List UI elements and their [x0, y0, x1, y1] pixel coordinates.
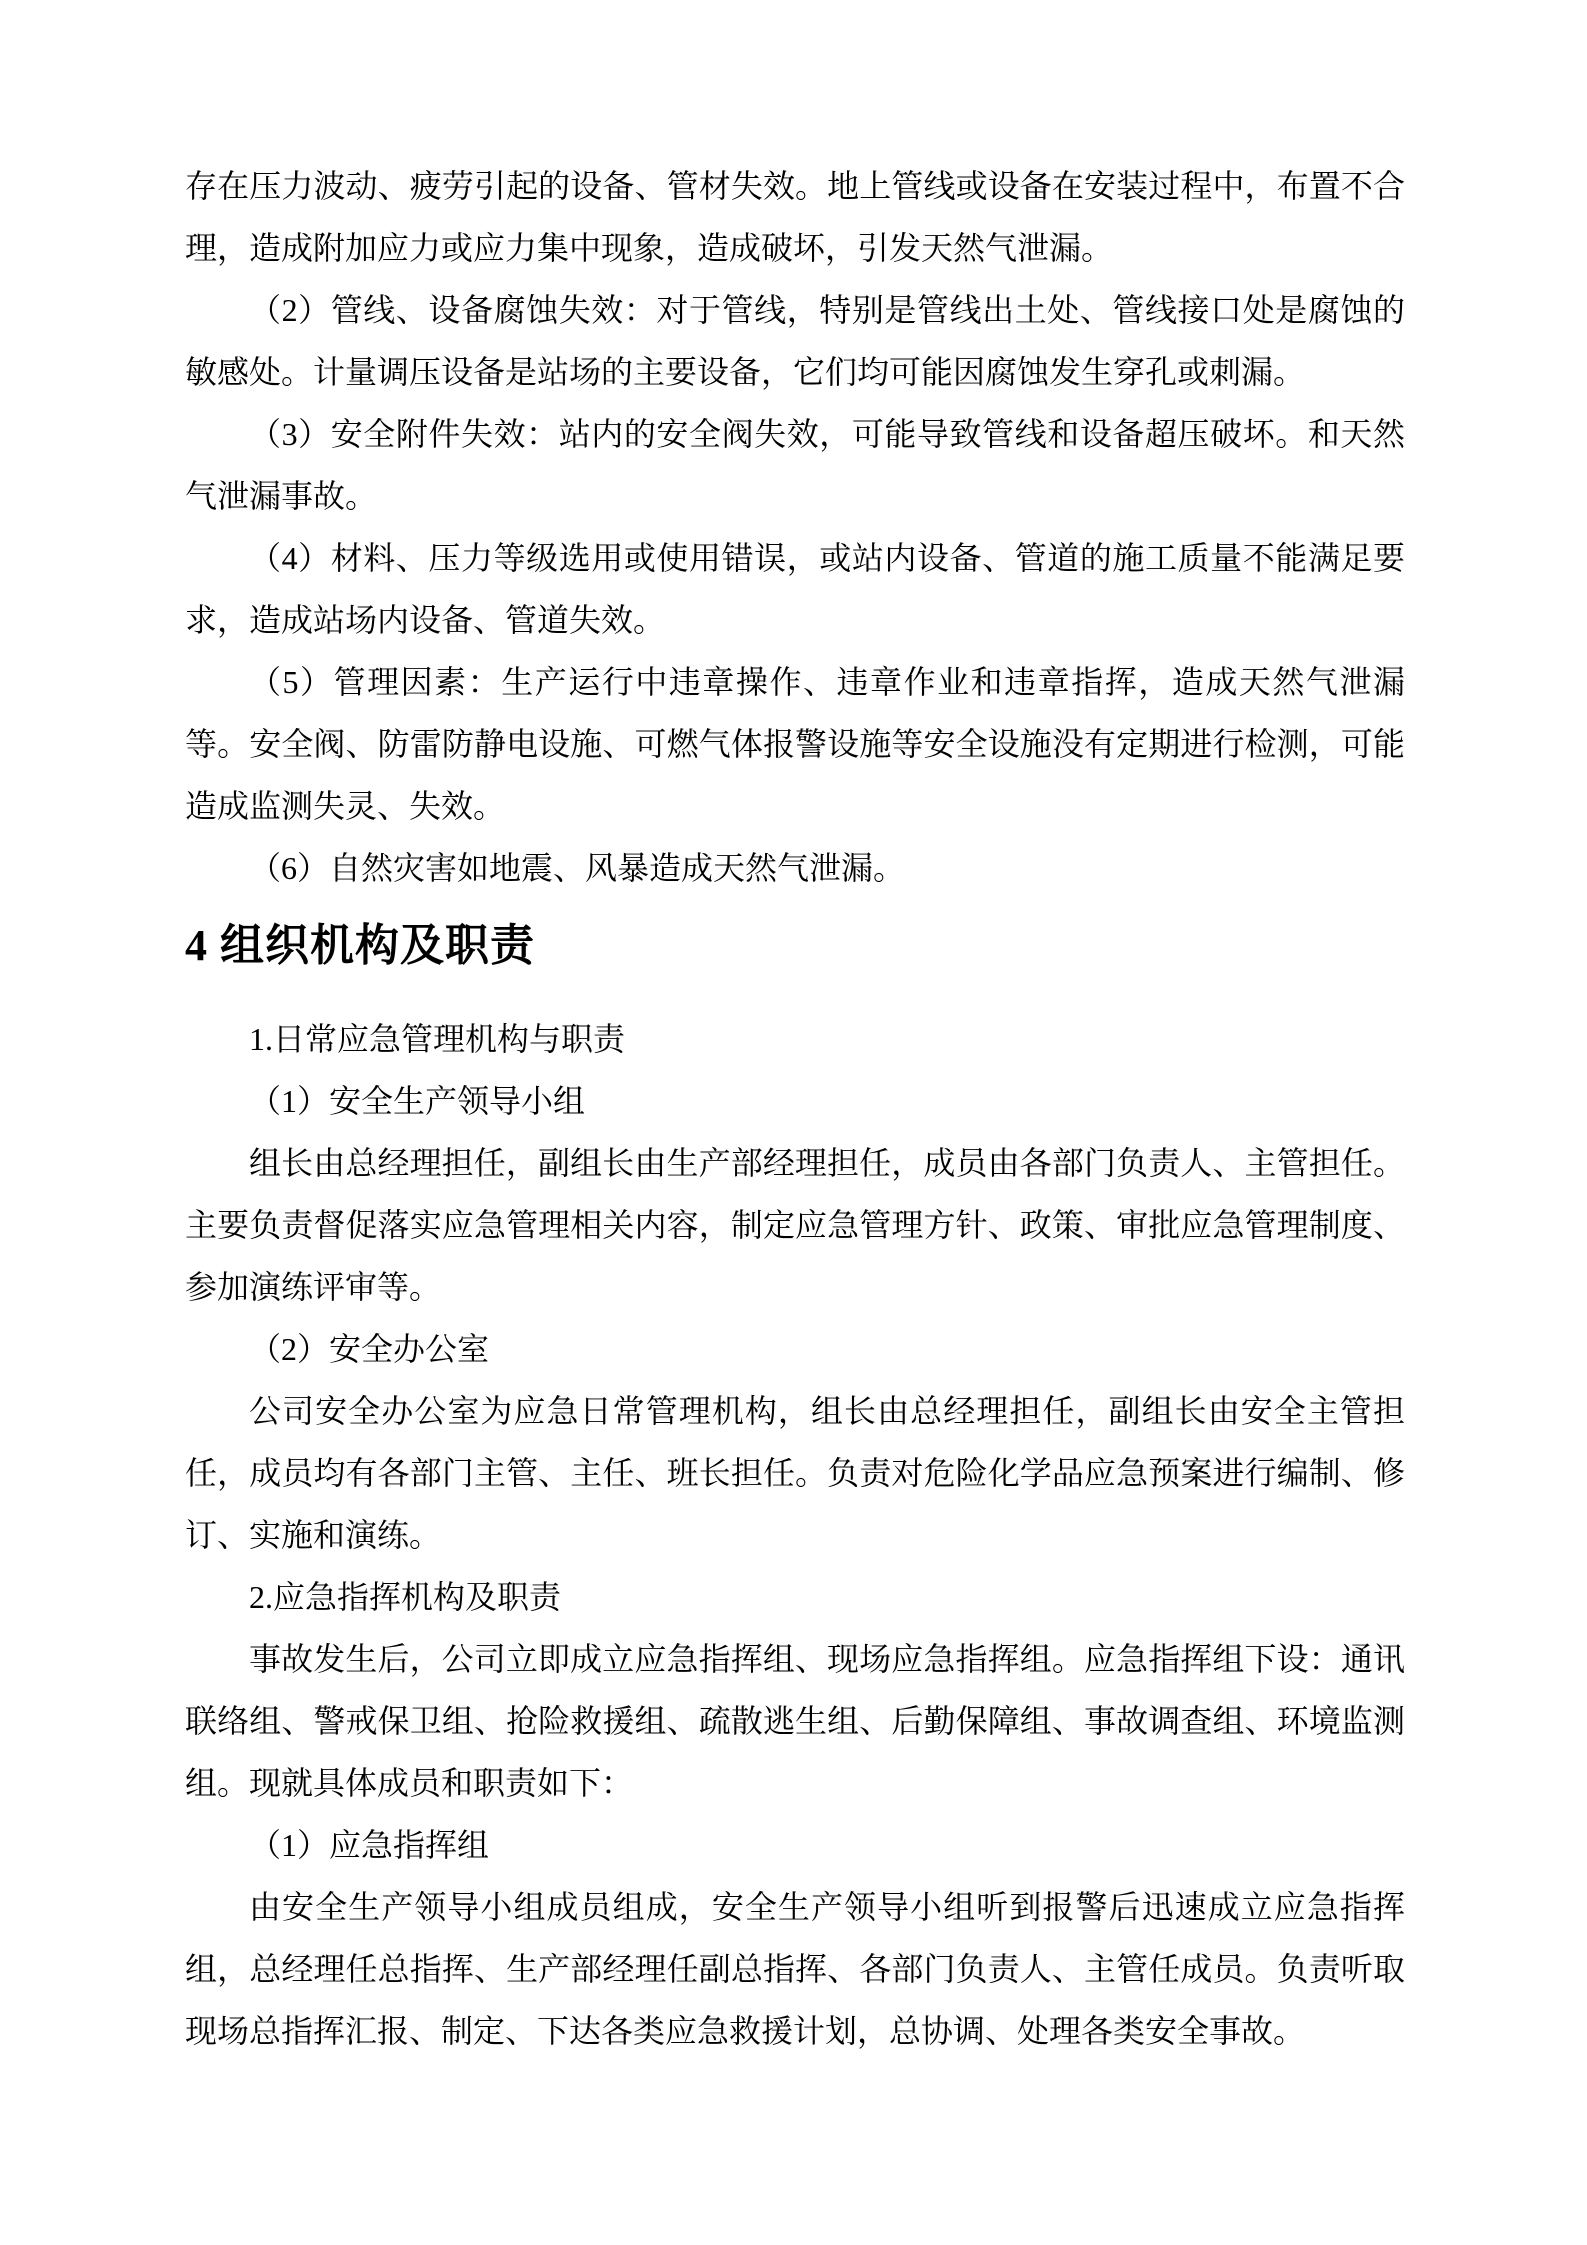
paragraph-command-group-body: 由安全生产领导小组成员组成，安全生产领导小组听到报警后迅速成立应急指挥组，总经理…	[185, 1876, 1405, 2062]
paragraph-command-group-title: （1）应急指挥组	[185, 1814, 1405, 1876]
paragraph-daily-mgmt-title: 1.日常应急管理机构与职责	[185, 1008, 1405, 1070]
paragraph-command-org-title: 2.应急指挥机构及职责	[185, 1566, 1405, 1628]
paragraph-item-3: （3）安全附件失效：站内的安全阀失效，可能导致管线和设备超压破坏。和天然气泄漏事…	[185, 403, 1405, 527]
section-heading: 4 组织机构及职责	[185, 911, 1405, 981]
paragraph-item-4: （4）材料、压力等级选用或使用错误，或站内设备、管道的施工质量不能满足要求，造成…	[185, 527, 1405, 651]
paragraph-safety-leading-group-body: 组长由总经理担任，副组长由生产部经理担任，成员由各部门负责人、主管担任。主要负责…	[185, 1132, 1405, 1318]
paragraph-safety-leading-group-title: （1）安全生产领导小组	[185, 1070, 1405, 1132]
paragraph-continuation: 存在压力波动、疲劳引起的设备、管材失效。地上管线或设备在安装过程中，布置不合理，…	[185, 155, 1405, 279]
paragraph-item-5: （5）管理因素：生产运行中违章操作、违章作业和违章指挥，造成天然气泄漏等。安全阀…	[185, 651, 1405, 837]
paragraph-safety-office-title: （2）安全办公室	[185, 1318, 1405, 1380]
paragraph-safety-office-body: 公司安全办公室为应急日常管理机构，组长由总经理担任，副组长由安全主管担任，成员均…	[185, 1380, 1405, 1566]
document-page: 存在压力波动、疲劳引起的设备、管材失效。地上管线或设备在安装过程中，布置不合理，…	[0, 0, 1587, 2245]
document-content: 存在压力波动、疲劳引起的设备、管材失效。地上管线或设备在安装过程中，布置不合理，…	[185, 155, 1405, 2062]
paragraph-command-org-body: 事故发生后，公司立即成立应急指挥组、现场应急指挥组。应急指挥组下设：通讯联络组、…	[185, 1628, 1405, 1814]
paragraph-item-2: （2）管线、设备腐蚀失效：对于管线，特别是管线出土处、管线接口处是腐蚀的敏感处。…	[185, 279, 1405, 403]
paragraph-item-6: （6）自然灾害如地震、风暴造成天然气泄漏。	[185, 837, 1405, 899]
